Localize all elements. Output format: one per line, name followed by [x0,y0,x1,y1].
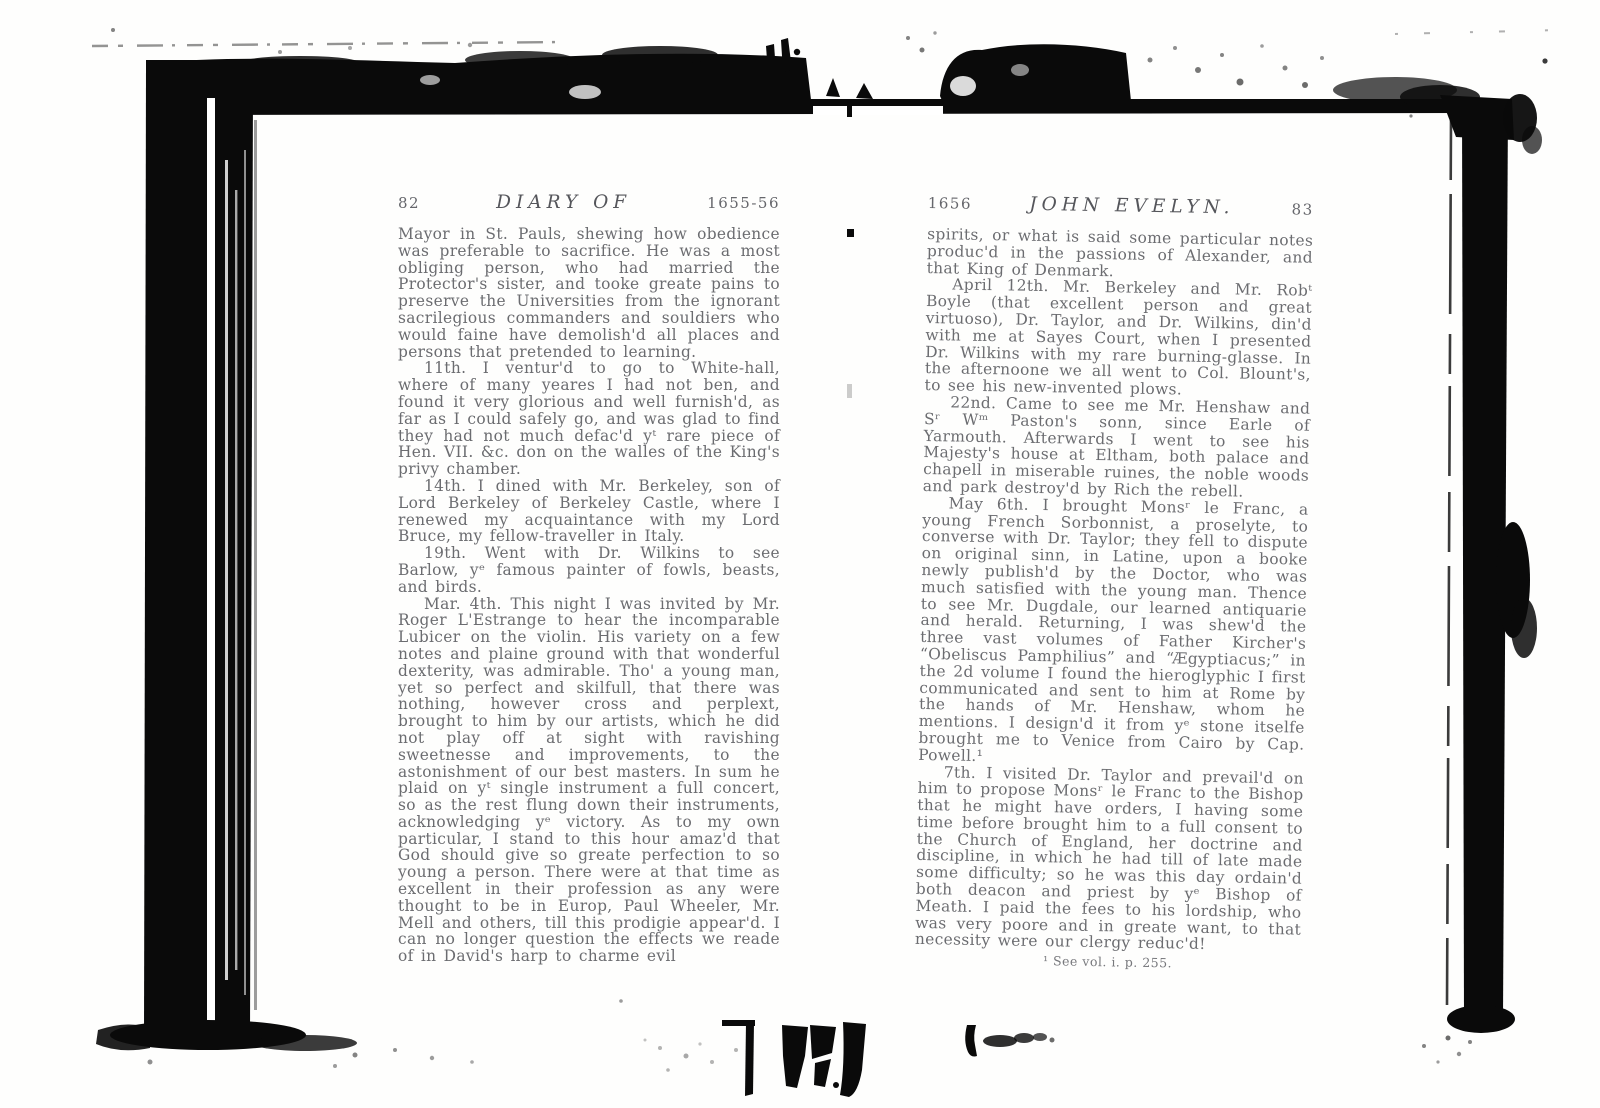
left-paragraph-4: 19th. Went with Dr. Wilkins to see Barlo… [398,545,780,595]
left-page-header: 82 DIARY OF 1655-56 [398,192,780,214]
left-paragraph-2: 11th. I ventur'd to go to White-hall, wh… [398,360,780,478]
left-running-title: DIARY OF [496,192,631,213]
right-running-title: JOHN EVELYN. [1029,194,1235,219]
right-paragraph-4: May 6th. I brought Monsʳ le Franc, a you… [918,495,1309,770]
right-page-text: spirits, or what is said some particular… [915,226,1314,955]
right-page: 1656 JOHN EVELYN. 83 spirits, or what is… [914,192,1313,973]
right-year: 1656 [928,194,972,213]
right-paragraph-1: spirits, or what is said some particular… [927,226,1314,283]
scan-ink-artifact-frame [0,0,1600,1108]
right-page-header: 1656 JOHN EVELYN. 83 [928,192,1314,221]
right-paragraph-2: April 12th. Mr. Berkeley and Mr. Robᵗ Bo… [924,276,1312,400]
left-date-range: 1655-56 [707,194,780,212]
scanned-book-spread: 82 DIARY OF 1655-56 Mayor in St. Pauls, … [0,0,1600,1108]
right-page-number: 83 [1291,200,1313,218]
left-page: 82 DIARY OF 1655-56 Mayor in St. Pauls, … [398,192,780,965]
left-paragraph-1: Mayor in St. Pauls, shewing how obedienc… [398,226,780,360]
footnote: ¹ See vol. i. p. 255. [914,951,1300,973]
left-paragraph-5: Mar. 4th. This night I was invited by Mr… [398,596,780,966]
left-paragraph-3: 14th. I dined with Mr. Berkeley, son of … [398,478,780,545]
left-page-number: 82 [398,194,420,212]
right-paragraph-5: 7th. I visited Dr. Taylor and prevail'd … [915,763,1304,954]
right-paragraph-3: 22nd. Came to see me Mr. Henshaw and Sʳ … [923,394,1311,502]
left-page-text: Mayor in St. Pauls, shewing how obedienc… [398,226,780,965]
